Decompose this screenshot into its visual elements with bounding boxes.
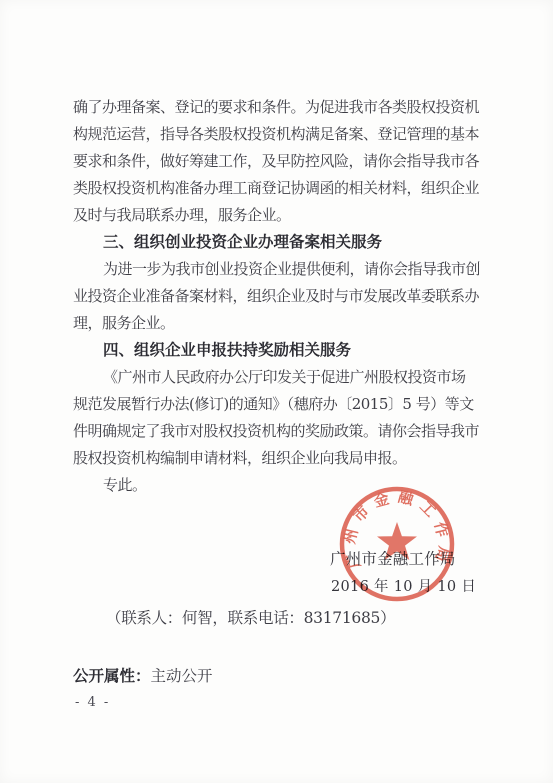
closing-phrase: 专此。	[73, 472, 487, 499]
document-body: 确了办理备案、登记的要求和条件。为促进我市各类股权投资机 构规范运营，指导各类股…	[73, 94, 487, 499]
document-line: 规范发展暂行办法(修订)的通知》（穗府办〔2015〕5 号）等文	[73, 391, 487, 418]
document-line: 为进一步为我市创业投资企业提供便利，请你会指导我市创	[73, 256, 487, 283]
document-line: 确了办理备案、登记的要求和条件。为促进我市各类股权投资机	[73, 94, 487, 121]
scanned-document-page: 确了办理备案、登记的要求和条件。为促进我市各类股权投资机 构规范运营，指导各类股…	[0, 0, 553, 783]
document-line: 及时与我局联系办理，服务企业。	[73, 202, 487, 229]
document-line: 股权投资机构编制申请材料，组织企业向我局申报。	[73, 445, 487, 472]
section-heading-3: 三、组织创业投资企业办理备案相关服务	[73, 229, 487, 256]
document-line: 要求和条件，做好筹建工作，及早防控风险，请你会指导我市各	[73, 148, 487, 175]
signature-agency: 广州市金融工作局	[330, 550, 456, 568]
document-line: 件明确规定了我市对股权投资机构的奖励政策。请你会指导我市	[73, 418, 487, 445]
section-heading-4: 四、组织企业申报扶持奖励相关服务	[73, 337, 487, 364]
signature-date: 2016 年 10 月 10 日	[331, 578, 453, 596]
page-number: - 4 -	[75, 695, 110, 710]
publicity-label: 公开属性：	[73, 667, 151, 685]
publicity-attribute: 公开属性：主动公开	[73, 665, 213, 687]
document-line: 类股权投资机构准备办理工商登记协调函的相关材料，组织企业	[73, 175, 487, 202]
document-line: 《广州市人民政府办公厅印发关于促进广州股权投资市场	[73, 364, 487, 391]
document-line: 理，服务企业。	[73, 310, 487, 337]
document-line: 业投资企业准备备案材料，组织企业及时与市发展改革委联系办	[73, 283, 487, 310]
contact-line: （联系人：何智，联系电话：83171685）	[106, 607, 395, 629]
document-line: 构规范运营，指导各类股权投资机构满足备案、登记管理的基本	[73, 121, 487, 148]
publicity-value: 主动公开	[151, 667, 213, 685]
